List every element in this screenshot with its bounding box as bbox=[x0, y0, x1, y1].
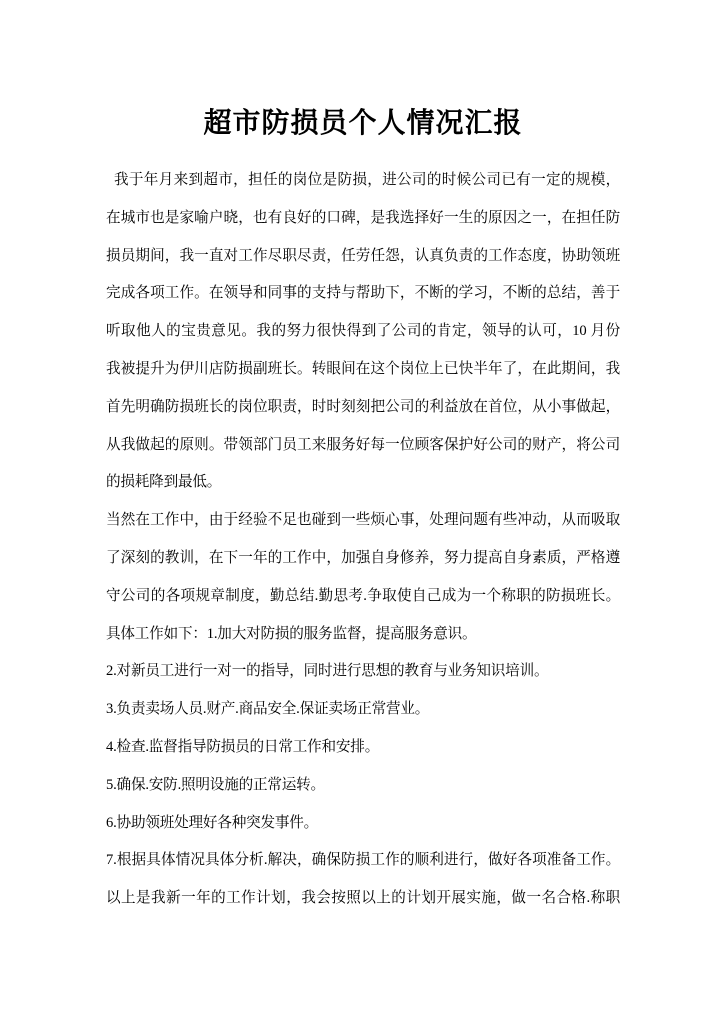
paragraph-line: 损员期间，我一直对工作尽职尽责，任劳任怨，认真负责的工作态度，协助领班 bbox=[106, 238, 620, 276]
list-item-line: 5.确保.安防.照明设施的正常运转。 bbox=[106, 767, 620, 805]
paragraph-line: 了深刻的教训，在下一年的工作中，加强自身修养，努力提高自身素质，严格遵 bbox=[106, 540, 620, 578]
paragraph-line: 我于年月来到超市，担任的岗位是防损，进公司的时候公司已有一定的规模， bbox=[106, 162, 620, 200]
paragraph-line: 的损耗降到最低。 bbox=[106, 464, 620, 502]
document-title: 超市防损员个人情况汇报 bbox=[106, 104, 620, 144]
list-item-line: 3.负责卖场人员.财产.商品安全.保证卖场正常营业。 bbox=[106, 691, 620, 729]
list-item-line: 6.协助领班处理好各种突发事件。 bbox=[106, 805, 620, 843]
paragraph-line: 听取他人的宝贵意见。我的努力很快得到了公司的肯定，领导的认可，10 月份 bbox=[106, 313, 620, 351]
list-item-line: 7.根据具体情况具体分析.解决，确保防损工作的顺利进行，做好各项准备工作。 bbox=[106, 842, 620, 880]
paragraph-line: 在城市也是家喻户晓，也有良好的口碑，是我选择好一生的原因之一，在担任防 bbox=[106, 200, 620, 238]
document-body: 我于年月来到超市，担任的岗位是防损，进公司的时候公司已有一定的规模， 在城市也是… bbox=[106, 162, 620, 918]
paragraph-line: 我被提升为伊川店防损副班长。转眼间在这个岗位上已快半年了，在此期间，我 bbox=[106, 351, 620, 389]
paragraph-line: 当然在工作中，由于经验不足也碰到一些烦心事，处理问题有些冲动，从而吸取 bbox=[106, 502, 620, 540]
paragraph-line: 首先明确防损班长的岗位职责，时时刻刻把公司的利益放在首位，从小事做起， bbox=[106, 389, 620, 427]
document-page: 超市防损员个人情况汇报 我于年月来到超市，担任的岗位是防损，进公司的时候公司已有… bbox=[0, 0, 721, 1020]
list-item-line: 4.检查.监督指导防损员的日常工作和安排。 bbox=[106, 729, 620, 767]
paragraph-line: 从我做起的原则。带领部门员工来服务好每一位顾客保护好公司的财产，将公司 bbox=[106, 427, 620, 465]
paragraph-line: 具体工作如下：1.加大对防损的服务监督，提高服务意识。 bbox=[106, 616, 620, 654]
paragraph-line: 完成各项工作。在领导和同事的支持与帮助下，不断的学习，不断的总结，善于 bbox=[106, 275, 620, 313]
paragraph-line: 以上是我新一年的工作计划，我会按照以上的计划开展实施，做一名合格.称职 bbox=[106, 880, 620, 918]
list-item-line: 2.对新员工进行一对一的指导，同时进行思想的教育与业务知识培训。 bbox=[106, 653, 620, 691]
paragraph-line: 守公司的各项规章制度，勤总结.勤思考.争取使自己成为一个称职的防损班长。 bbox=[106, 578, 620, 616]
